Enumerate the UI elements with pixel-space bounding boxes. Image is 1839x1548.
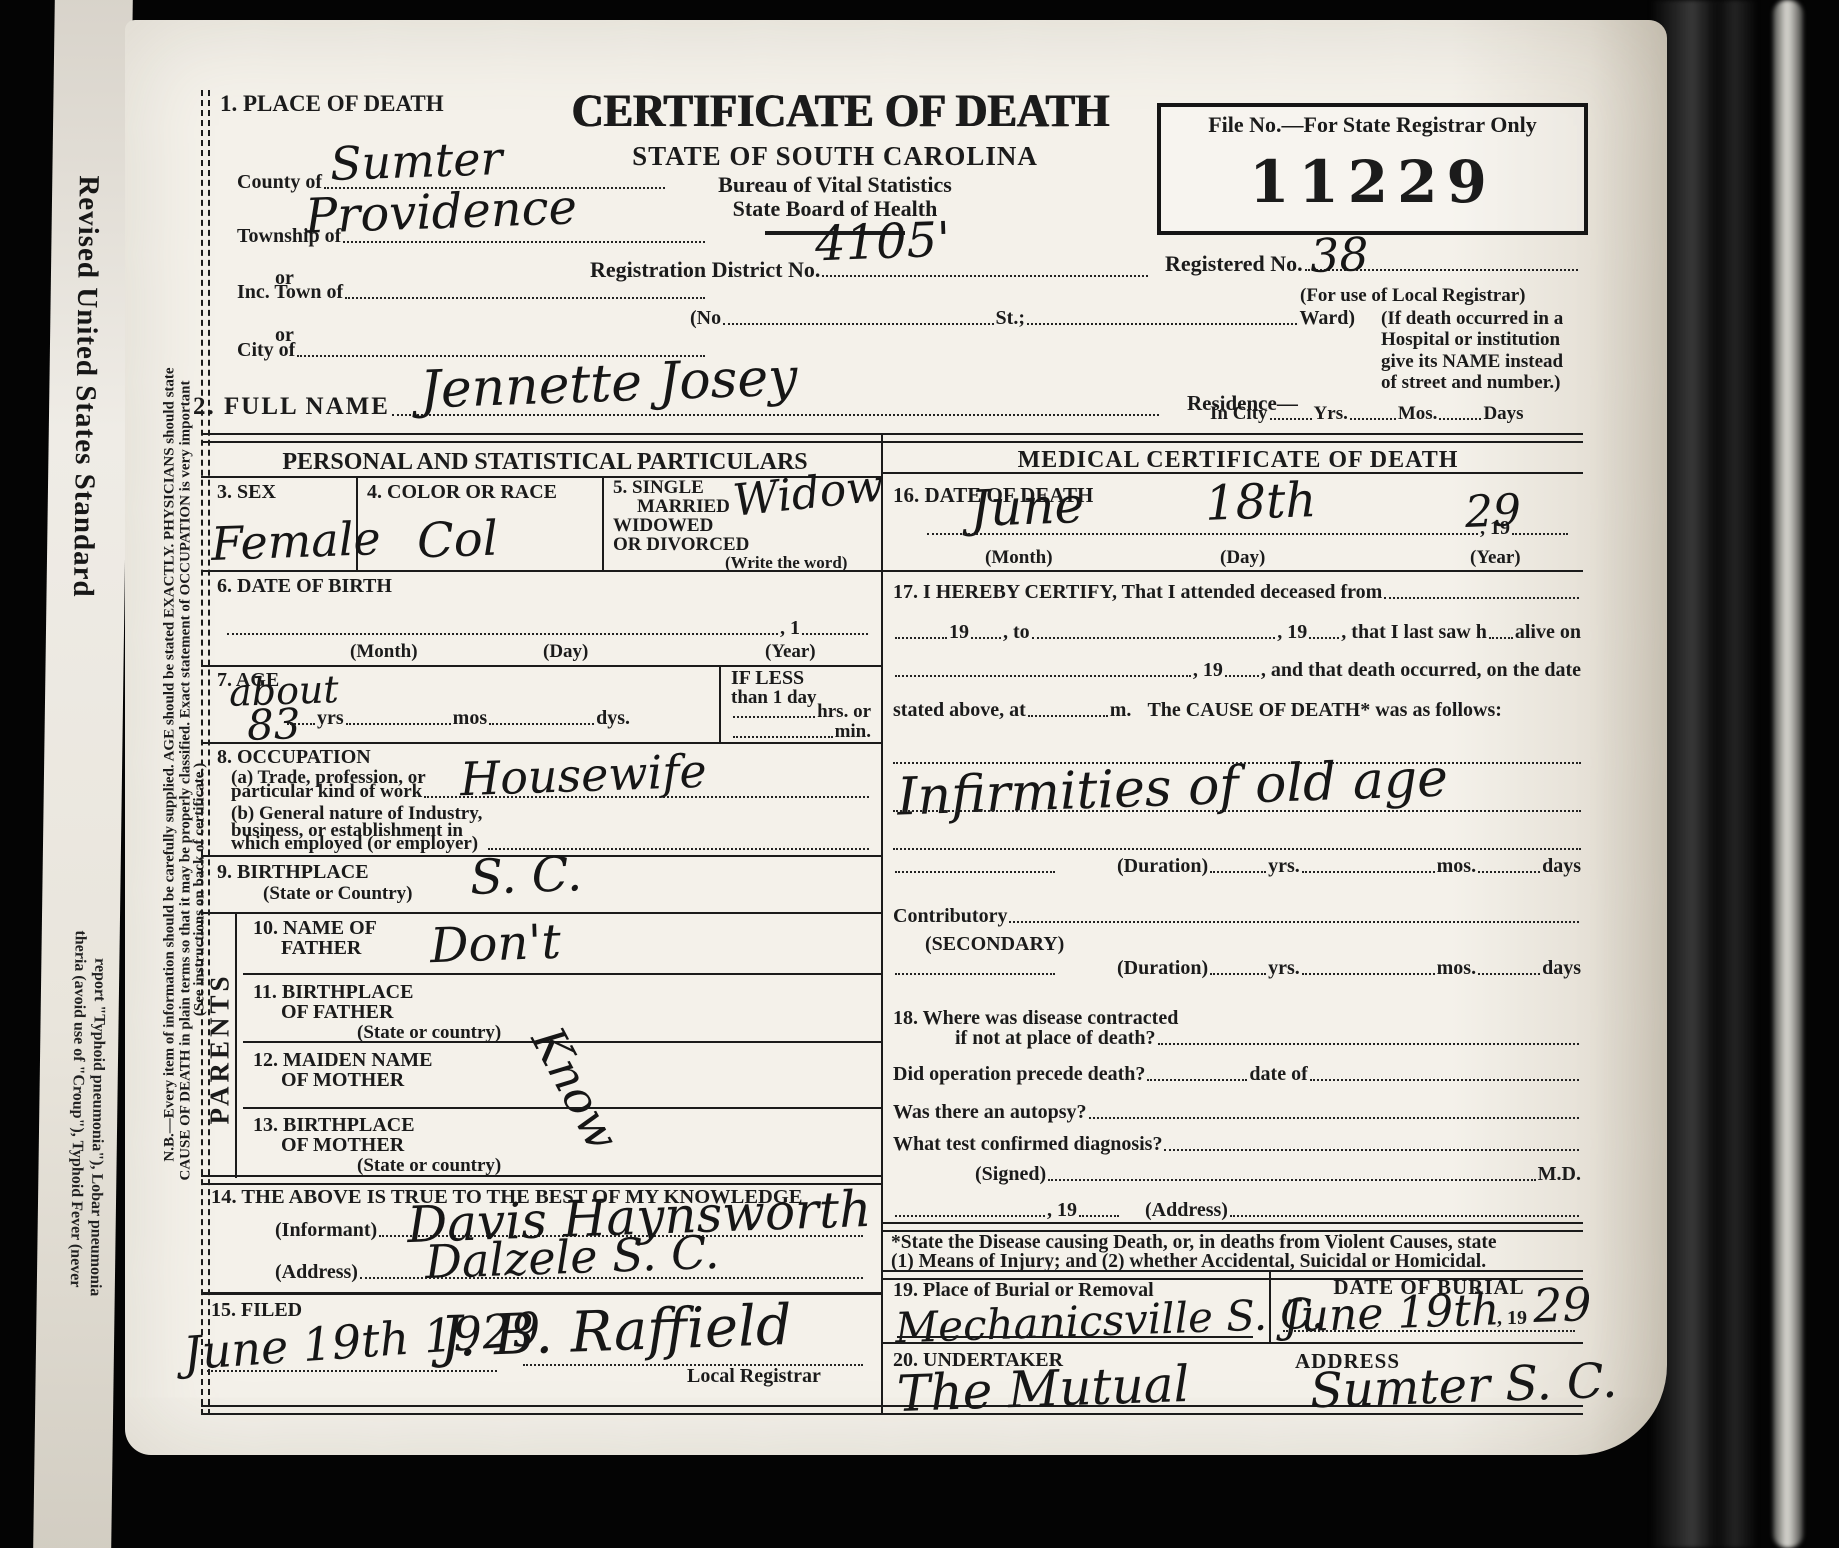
registered-no-row: Registered No. xyxy=(1165,252,1580,275)
hospital-note: (If death occurred in a Hospital or inst… xyxy=(1381,308,1583,393)
dod-year-label: (Year) xyxy=(1470,548,1521,569)
signed-address-row: , 19 (Address) xyxy=(893,1200,1581,1221)
file-number: 11229 xyxy=(1161,151,1584,214)
township-value: Providence xyxy=(304,183,577,240)
film-streak-light xyxy=(1773,0,1803,1548)
age-dys-label: dys. xyxy=(596,708,630,729)
certify-alive: alive on xyxy=(1515,622,1581,643)
operation-label: Did operation precede death? xyxy=(893,1064,1145,1085)
certify-line-4: stated above, at m. The CAUSE OF DEATH* … xyxy=(893,700,1581,721)
in-city-label: In City xyxy=(1210,404,1268,424)
if-less-hrs-label: hrs. or xyxy=(817,702,871,722)
row10-line xyxy=(243,973,881,975)
signed-19: , 19 xyxy=(1047,1200,1077,1221)
dob-line: , 1 xyxy=(225,618,870,639)
occupation-a2-label: particular kind of work xyxy=(231,782,422,802)
if-less-divider xyxy=(719,665,721,742)
street-no-label: (No xyxy=(690,308,721,329)
registration-district-label: Registration District No. xyxy=(590,258,820,281)
contributory-label: Contributory xyxy=(893,906,1007,927)
md-label: M.D. xyxy=(1538,1164,1581,1185)
burial-year-value: 29 xyxy=(1532,1281,1592,1329)
street-st-label: St.; xyxy=(996,308,1025,329)
duration-mos-2: mos. xyxy=(1437,958,1476,979)
registrar-signature: J. B. Raffield xyxy=(439,1298,793,1366)
contributory-row: Contributory xyxy=(893,906,1581,927)
dod-month-label: (Month) xyxy=(985,548,1053,569)
dob-year-label: (Year) xyxy=(765,642,816,663)
dod-day-label: (Day) xyxy=(1220,548,1265,569)
inc-town-label: Inc. Town of xyxy=(237,282,343,303)
q18-label-2: if not at place of death? xyxy=(955,1028,1156,1049)
registered-no-value: 38 xyxy=(1309,231,1369,279)
film-streak-mid xyxy=(1712,0,1758,1548)
duration-mos-1: mos. xyxy=(1437,856,1476,877)
father-bp-label-2: OF FATHER xyxy=(281,1002,393,1024)
informant-label: (Informant) xyxy=(275,1220,377,1241)
registrar-title: Local Registrar xyxy=(687,1366,821,1388)
certify-to: , to xyxy=(1003,622,1030,643)
dob-year-prefix: , 1 xyxy=(780,618,800,639)
autopsy-label: Was there an autopsy? xyxy=(893,1102,1087,1123)
certify-text-1: 17. I HEREBY CERTIFY, That I attended de… xyxy=(893,582,1382,603)
cause-underline xyxy=(893,808,1581,812)
certify-cause-intro: The CAUSE OF DEATH* was as follows: xyxy=(1147,700,1501,721)
film-strip: Revised United States Standard theria (a… xyxy=(33,0,133,1548)
burial-date-line xyxy=(1283,1328,1575,1332)
father-name-value: Don't xyxy=(429,918,561,971)
certificate-state: STATE OF SOUTH CAROLINA xyxy=(565,142,1105,171)
certify-line-3: , 19 , and that death occurred, on the d… xyxy=(893,660,1581,681)
father-name-label-2: FATHER xyxy=(281,938,361,960)
duration-yrs-1: yrs. xyxy=(1268,856,1300,877)
full-name-label: 2. FULL NAME xyxy=(193,394,390,420)
if-less-min-row: min. xyxy=(731,722,871,742)
informant-address-label: (Address) xyxy=(275,1262,358,1283)
file-number-box: File No.—For State Registrar Only 11229 xyxy=(1157,103,1588,235)
signed-label: (Signed) xyxy=(975,1164,1046,1185)
race-label: 4. COLOR OR RACE xyxy=(367,482,557,504)
file-box-label: File No.—For State Registrar Only xyxy=(1161,113,1584,137)
certificate-title: CERTIFICATE OF DEATH xyxy=(572,86,1098,137)
row16-bottom xyxy=(883,570,1583,572)
duration-yrs-2: yrs. xyxy=(1268,958,1300,979)
birthplace-label: 9. BIRTHPLACE xyxy=(217,862,369,884)
race-value: Col xyxy=(416,515,499,566)
test-label: What test confirmed diagnosis? xyxy=(893,1134,1162,1155)
if-less-min-label: min. xyxy=(835,722,871,742)
age-yrs-label: yrs xyxy=(317,708,344,729)
duration-days-1: days xyxy=(1542,856,1581,877)
autopsy-row: Was there an autopsy? xyxy=(893,1102,1581,1123)
duration-row-1: (Duration) yrs. mos. days xyxy=(893,856,1581,877)
certificate-bureau: Bureau of Vital Statistics xyxy=(565,173,1105,197)
occupation-value: Housewife xyxy=(459,748,707,803)
occupation-b3-label: which employed (or employer) xyxy=(231,834,478,854)
certify-19a: 19 xyxy=(949,622,969,643)
mother-name-label-2: OF MOTHER xyxy=(281,1070,404,1092)
birthplace-sub: (State or Country) xyxy=(263,884,413,905)
column-divider xyxy=(881,433,883,1415)
operation-row: Did operation precede death? date of xyxy=(893,1064,1581,1085)
dob-month-label: (Month) xyxy=(350,642,418,663)
date-of-death-year: 29 xyxy=(1464,489,1522,535)
street-row: (No St.; Ward) xyxy=(690,308,1355,329)
certify-m: m. xyxy=(1110,700,1132,721)
certify-lastsaw: , that I last saw h xyxy=(1341,622,1487,643)
city-label: City of xyxy=(237,340,295,361)
duration-row-2: (Duration) yrs. mos. days xyxy=(893,958,1581,979)
q18-row: if not at place of death? xyxy=(955,1028,1581,1049)
burial-year-prefix: , 19 xyxy=(1497,1308,1527,1330)
burial-place-value: Mechanicsville S. C. xyxy=(894,1293,1324,1350)
test-row: What test confirmed diagnosis? xyxy=(893,1134,1581,1155)
certify-occurred: , and that death occurred, on the date xyxy=(1261,660,1581,681)
dob-label: 6. DATE OF BIRTH xyxy=(217,576,392,598)
certify-19b: , 19 xyxy=(1277,622,1307,643)
footnote-line-2: (1) Means of Injury; and (2) whether Acc… xyxy=(891,1251,1486,1272)
burial-row-bottom xyxy=(883,1342,1583,1344)
birthplace-value: S. C. xyxy=(469,850,583,902)
registrar-use-note: (For use of Local Registrar) xyxy=(1300,286,1525,307)
row345-bottom xyxy=(201,570,881,572)
age-units-row: yrs mos dys. xyxy=(285,708,715,729)
days-label: Days xyxy=(1483,404,1523,424)
signed-address-label: (Address) xyxy=(1145,1200,1228,1221)
burial-date-value: June 19th xyxy=(1282,1288,1500,1340)
certify-line-2: 19 , to , 19 , that I last saw h alive o… xyxy=(893,622,1581,643)
secondary-label: (SECONDARY) xyxy=(925,934,1064,956)
mother-bp-label-2: OF MOTHER xyxy=(281,1135,404,1157)
sex-value: Female xyxy=(210,515,381,567)
duration-label-1: (Duration) xyxy=(1117,856,1208,877)
informant-address-value: Dalzele S. C. xyxy=(424,1229,720,1285)
street-ward-label: Ward) xyxy=(1299,308,1355,329)
sex-label: 3. SEX xyxy=(217,482,276,504)
mother-bp-sub: (State or country) xyxy=(357,1156,501,1177)
full-name-value: Jennette Josey xyxy=(419,351,798,416)
undertaker-address-value: Sumter S. C. xyxy=(1309,1357,1618,1416)
mos-label: Mos. xyxy=(1398,404,1438,424)
race-marital-divider xyxy=(602,478,604,570)
name-separator xyxy=(201,433,1583,443)
duration-label-2: (Duration) xyxy=(1117,958,1208,979)
certify-line-1: 17. I HEREBY CERTIFY, That I attended de… xyxy=(893,582,1581,603)
certify-19c: , 19 xyxy=(1193,660,1223,681)
certify-stated-above: stated above, at xyxy=(893,700,1026,721)
burial-place-line xyxy=(897,1336,1253,1338)
county-value: Sumter xyxy=(329,135,503,187)
certificate-paper: N.B.—Every item of information should be… xyxy=(125,20,1667,1455)
row7-bottom xyxy=(201,742,881,744)
medical-section-header: MEDICAL CERTIFICATE OF DEATH xyxy=(893,448,1583,474)
place-of-death-label: 1. PLACE OF DEATH xyxy=(220,92,444,117)
row12-line xyxy=(243,1107,881,1109)
occupation-label: 8. OCCUPATION xyxy=(217,747,371,769)
parents-label: PARENTS xyxy=(205,969,236,1129)
undertaker-value: The Mutual xyxy=(896,1359,1190,1419)
footnote-line-1: *State the Disease causing Death, or, in… xyxy=(891,1232,1497,1253)
residence-row: In City Yrs. Mos. Days xyxy=(1210,404,1580,424)
operation-date-label: date of xyxy=(1249,1064,1307,1085)
form-left-border xyxy=(201,90,210,1415)
yrs-label: Yrs. xyxy=(1314,404,1348,424)
margin-note-line1: N.B.—Every item of information should be… xyxy=(162,115,179,1415)
registered-no-label: Registered No. xyxy=(1165,252,1303,275)
dob-day-label: (Day) xyxy=(543,642,588,663)
signed-row: (Signed) M.D. xyxy=(975,1164,1581,1185)
footnote-top-rule xyxy=(883,1222,1583,1232)
registration-district-value: 4105' xyxy=(814,216,951,269)
duration-days-2: days xyxy=(1542,958,1581,979)
film-strip-title: Revised United States Standard xyxy=(64,56,106,716)
age-mos-label: mos xyxy=(453,708,487,729)
if-less-hrs-row: hrs. or xyxy=(731,702,871,722)
inc-town-row: Inc. Town of xyxy=(237,282,707,303)
marital-value: Widow xyxy=(731,464,886,524)
cause-line-2 xyxy=(893,846,1581,850)
